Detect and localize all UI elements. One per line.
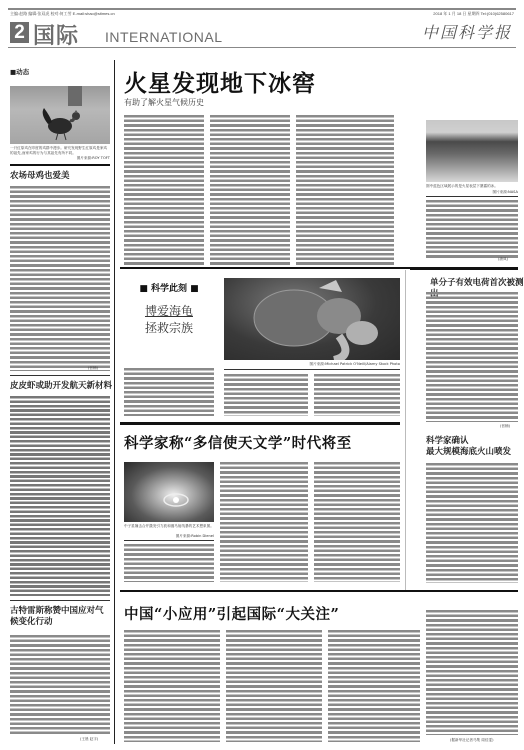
article-body-mantis-shrimp [10,396,110,596]
article-byline-guterres: (王晨 赵宇) [80,737,98,742]
science-moment-label: ■ 科学此刻 ■ [124,281,214,294]
divider [120,590,518,592]
article-body-volcano [426,463,518,583]
divider [120,422,400,425]
lead-body-col2 [210,115,290,265]
divider [124,540,214,541]
sea-turtle-icon [224,278,400,360]
article-headline-mantis-shrimp: 皮皮虾或助开发航天新材料 [10,381,112,392]
divider [10,164,110,166]
lead-subheadline: 有助了解火星气候历史 [124,97,204,108]
article-headline-volcano-2: 最大规模海底火山喷发 [426,447,511,458]
article-body-molecule [426,292,518,422]
divider [224,369,400,370]
astronomy-body-col1 [124,544,214,582]
neutron-star-photo [124,462,214,522]
mars-photo-caption: 图中蓝色区域展示的是火星表层下暴露的冰。 [426,184,518,189]
neutron-star-caption: 中子星撞击合并激发引力波和伽马射线暴的艺术想象图。 [124,524,214,529]
mars-photo-credit: 图片来源:NASA [426,190,518,195]
header-top-rule [8,8,516,10]
header-bottom-rule [8,47,516,48]
astronomy-body-col2 [220,462,308,582]
science-moment-title-1: 博爱海龟 [124,303,214,319]
editor-credits: 主编:赵路 编辑:张双虎 校对:何工劳 E-mail:shao@stimes.c… [10,11,115,17]
newspaper-masthead: 中国科学报 [422,20,512,43]
column-divider [114,60,115,744]
lead-body-col4 [426,200,518,260]
divider [426,196,518,197]
science-moment-body [124,368,214,416]
page-number: 2 [10,22,29,43]
sea-turtle-photo [224,278,400,360]
lead-byline: (唐凤) [498,257,508,262]
lead-body-col3 [296,115,394,265]
app-body-col2 [226,630,322,742]
rooster-photo-credit: 图片来源:ROY TOFT [10,156,110,161]
section-label-news: ■动态 [10,67,29,76]
rooster-photo [10,86,110,144]
column-divider [405,270,406,590]
astronomy-body-col3 [314,462,400,582]
rooster-icon [10,86,110,144]
article-body-guterres [10,635,110,735]
app-body-col3 [328,630,420,742]
sea-turtle-photo-credit: 图片来源:Michael Patrick O'Neill/Alamy Stock… [224,362,400,367]
article-headline-astronomy: 科学家称“多信使天文学”时代将至 [124,432,352,453]
turtle-body-col1 [224,374,308,416]
divider [410,268,518,270]
lead-headline: 火星发现地下冰窖 [124,65,316,98]
article-headline-mini-apps: 中国“小应用”引起国际“大关注” [124,603,339,624]
article-byline-molecule: (晋楠) [500,424,510,429]
issue-date: 2018 年 1 月 18 日 星期四 Tel:(010)62580617 [433,11,514,17]
mars-ice-photo [426,120,518,182]
turtle-body-col2 [314,374,400,416]
app-body-col4 [426,610,518,735]
article-byline-hens: (晋楠) [88,366,98,371]
section-title-en: INTERNATIONAL [105,29,222,45]
article-headline-volcano-1: 科学家确认 [426,436,469,447]
lead-body-col1 [124,115,204,265]
neutron-star-icon [124,462,214,522]
rooster-photo-caption: 一只红原鸡在印度的鸡群中漫步。研究发现野生红原鸡是家鸡的祖先,而家鸡的行为与其祖… [10,146,110,156]
article-headline-guterres: 古特雷斯称赞中国应对气候变化行动 [10,606,110,628]
article-byline-mini-apps: (据新华社记者马集 周佳雯) [450,738,493,743]
article-body-hens [10,186,110,371]
divider [10,600,110,601]
section-title-cn: 国际 [33,19,79,50]
science-moment-title-2: 拯救宗族 [124,320,214,336]
divider [10,375,110,376]
article-headline-hens: 农场母鸡也爱美 [10,171,70,182]
neutron-star-credit: 图片来源:Robin Dienel [124,534,214,539]
app-body-col1 [124,630,220,742]
